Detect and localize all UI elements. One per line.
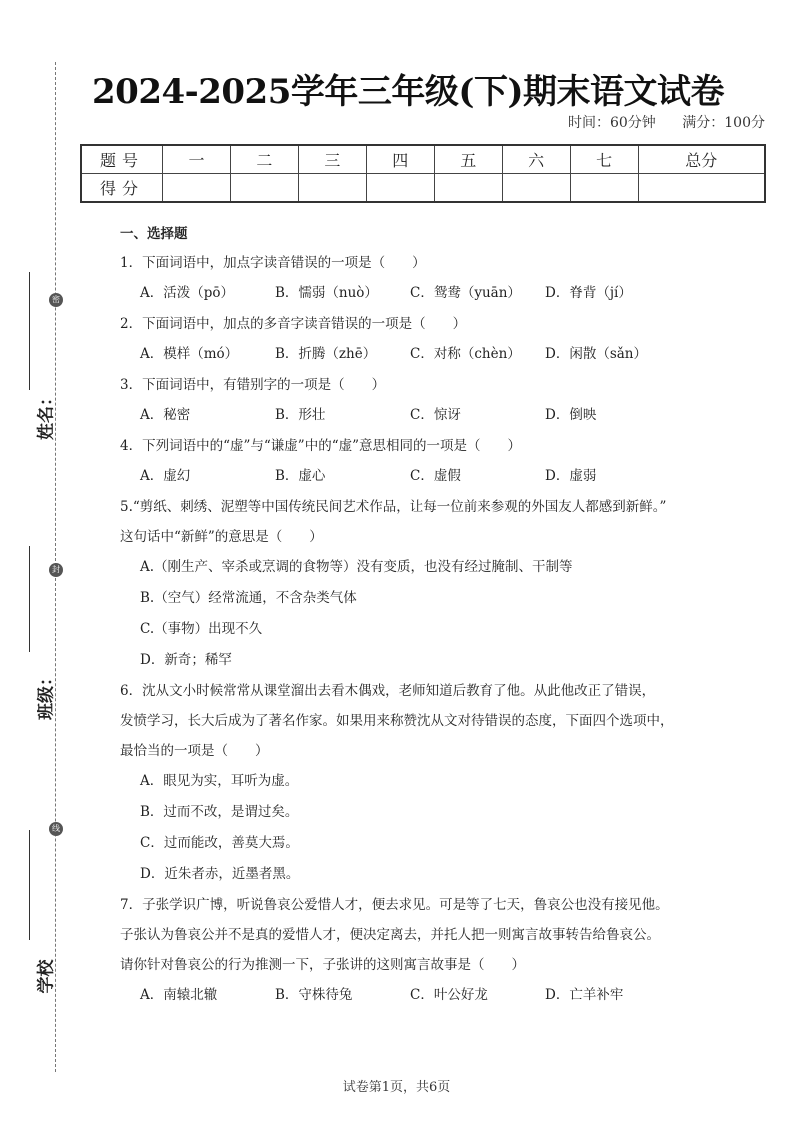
option-b[interactable]: B．虚心 bbox=[275, 461, 410, 492]
option-d[interactable]: D．亡羊补牢 bbox=[545, 980, 680, 1011]
page-footer: 试卷第1页，共6页 bbox=[0, 1076, 793, 1095]
option-c[interactable]: C．对称（chèn） bbox=[410, 339, 545, 370]
score-cell[interactable] bbox=[298, 174, 366, 203]
option-d[interactable]: D．闲散（sǎn） bbox=[545, 339, 680, 370]
question-text: 3．下面词语中，有错别字的一项是（ ） bbox=[120, 370, 680, 400]
question-text-line: 7．子张学识广博，听说鲁哀公爱惜人才，便去求见。可是等了七天，鲁哀公也没有接见他… bbox=[120, 890, 680, 920]
option-d[interactable]: D．脊背（jí） bbox=[545, 278, 680, 309]
section-title: 一、选择题 bbox=[120, 222, 680, 242]
score-cell[interactable] bbox=[230, 174, 298, 203]
question-text-line: 最恰当的一项是（ ） bbox=[120, 736, 680, 766]
score-label-cell: 得分 bbox=[81, 174, 163, 203]
school-field-label: 学校 bbox=[32, 947, 57, 1007]
column-header: 七 bbox=[570, 145, 638, 174]
question-7: 7．子张学识广博，听说鲁哀公爱惜人才，便去求见。可是等了七天，鲁哀公也没有接见他… bbox=[120, 890, 680, 1011]
column-header: 二 bbox=[230, 145, 298, 174]
question-2: 2．下面词语中，加点的多音字读音错误的一项是（ ） A．模样（mó） B．折腾（… bbox=[120, 309, 680, 370]
question-text: 4．下列词语中的“虚”与“谦虚”中的“虚”意思相同的一项是（ ） bbox=[120, 431, 680, 461]
option-b[interactable]: B．形壮 bbox=[275, 400, 410, 431]
option-a[interactable]: A．秘密 bbox=[140, 400, 275, 431]
time-limit: 时间：60分钟 bbox=[568, 115, 656, 131]
score-cell[interactable] bbox=[502, 174, 570, 203]
score-table-header-row: 题号 一 二 三 四 五 六 七 总分 bbox=[81, 145, 765, 174]
option-d[interactable]: D．虚弱 bbox=[545, 461, 680, 492]
option-c[interactable]: C.（事物）出现不久 bbox=[140, 614, 680, 645]
question-6: 6．沈从文小时候常常从课堂溜出去看木偶戏，老师知道后教育了他。从此他改正了错误，… bbox=[120, 676, 680, 890]
question-4: 4．下列词语中的“虚”与“谦虚”中的“虚”意思相同的一项是（ ） A．虚幻 B．… bbox=[120, 431, 680, 492]
option-d[interactable]: D．新奇；稀罕 bbox=[140, 645, 680, 676]
question-3: 3．下面词语中，有错别字的一项是（ ） A．秘密 B．形壮 C．惊讶 D．倒映 bbox=[120, 370, 680, 431]
option-b[interactable]: B．懦弱（nuò） bbox=[275, 278, 410, 309]
question-text-line: 6．沈从文小时候常常从课堂溜出去看木偶戏，老师知道后教育了他。从此他改正了错误， bbox=[120, 676, 680, 706]
column-header: 四 bbox=[366, 145, 434, 174]
exam-title: 2024-2025学年三年级(下)期末语文试卷 bbox=[92, 64, 792, 113]
question-text-line: 5.“剪纸、刺绣、泥塑等中国传统民间艺术作品，让每一位前来参观的外国友人都感到新… bbox=[120, 492, 680, 522]
seal-mi-icon: 密 bbox=[49, 293, 63, 307]
column-header: 六 bbox=[502, 145, 570, 174]
options-column: A．眼见为实，耳听为虚。 B．过而不改，是谓过矣。 C．过而能改，善莫大焉。 D… bbox=[120, 766, 680, 890]
options-row: A．虚幻 B．虚心 C．虚假 D．虚弱 bbox=[120, 461, 680, 492]
question-text: 1．下面词语中，加点字读音错误的一项是（ ） bbox=[120, 248, 680, 278]
score-cell[interactable] bbox=[163, 174, 231, 203]
option-b[interactable]: B．折腾（zhē） bbox=[275, 339, 410, 370]
option-a[interactable]: A．南辕北辙 bbox=[140, 980, 275, 1011]
column-header: 三 bbox=[298, 145, 366, 174]
question-text-line: 请你针对鲁哀公的行为推测一下，子张讲的这则寓言故事是（ ） bbox=[120, 950, 680, 980]
option-a[interactable]: A．虚幻 bbox=[140, 461, 275, 492]
class-field-line[interactable] bbox=[29, 546, 30, 652]
question-text-line: 子张认为鲁哀公并不是真的爱惜人才，便决定离去，并托人把一则寓言故事转告给鲁哀公。 bbox=[120, 920, 680, 950]
option-c[interactable]: C．虚假 bbox=[410, 461, 545, 492]
school-field-line[interactable] bbox=[29, 830, 30, 940]
option-c[interactable]: C．惊讶 bbox=[410, 400, 545, 431]
name-field-line[interactable] bbox=[29, 272, 30, 390]
exam-meta: 时间：60分钟 满分：100分 bbox=[568, 112, 765, 132]
options-column: A.（刚生产、宰杀或烹调的食物等）没有变质，也没有经过腌制、干制等 B.（空气）… bbox=[120, 552, 680, 676]
seal-xian-icon: 线 bbox=[49, 822, 63, 836]
question-text: 2．下面词语中，加点的多音字读音错误的一项是（ ） bbox=[120, 309, 680, 339]
option-b[interactable]: B．守株待兔 bbox=[275, 980, 410, 1011]
score-cell-total[interactable] bbox=[638, 174, 765, 203]
question-text-line: 这句话中“新鲜”的意思是（ ） bbox=[120, 522, 680, 552]
score-cell[interactable] bbox=[366, 174, 434, 203]
option-a[interactable]: A．模样（mó） bbox=[140, 339, 275, 370]
option-c[interactable]: C．过而能改，善莫大焉。 bbox=[140, 828, 680, 859]
full-score: 满分：100分 bbox=[682, 115, 765, 131]
options-row: A．活泼（pō） B．懦弱（nuò） C．鸳鸯（yuān） D．脊背（jí） bbox=[120, 278, 680, 309]
option-b[interactable]: B.（空气）经常流通，不含杂类气体 bbox=[140, 583, 680, 614]
option-d[interactable]: D．倒映 bbox=[545, 400, 680, 431]
column-header: 一 bbox=[163, 145, 231, 174]
class-field-label: 班级： bbox=[32, 665, 57, 725]
options-row: A．南辕北辙 B．守株待兔 C．叶公好龙 D．亡羊补牢 bbox=[120, 980, 680, 1011]
option-c[interactable]: C．鸳鸯（yuān） bbox=[410, 278, 545, 309]
name-field-label: 姓名： bbox=[32, 385, 57, 445]
score-table-score-row: 得分 bbox=[81, 174, 765, 203]
header-label-cell: 题号 bbox=[81, 145, 163, 174]
options-row: A．秘密 B．形壮 C．惊讶 D．倒映 bbox=[120, 400, 680, 431]
seal-feng-icon: 封 bbox=[49, 563, 63, 577]
question-text-line: 发愤学习，长大后成为了著名作家。如果用来称赞沈从文对待错误的态度，下面四个选项中… bbox=[120, 706, 680, 736]
score-cell[interactable] bbox=[570, 174, 638, 203]
question-1: 1．下面词语中，加点字读音错误的一项是（ ） A．活泼（pō） B．懦弱（nuò… bbox=[120, 248, 680, 309]
score-cell[interactable] bbox=[434, 174, 502, 203]
question-section: 一、选择题 1．下面词语中，加点字读音错误的一项是（ ） A．活泼（pō） B．… bbox=[120, 222, 680, 1011]
options-row: A．模样（mó） B．折腾（zhē） C．对称（chèn） D．闲散（sǎn） bbox=[120, 339, 680, 370]
column-header: 五 bbox=[434, 145, 502, 174]
option-a[interactable]: A．眼见为实，耳听为虚。 bbox=[140, 766, 680, 797]
option-a[interactable]: A．活泼（pō） bbox=[140, 278, 275, 309]
question-5: 5.“剪纸、刺绣、泥塑等中国传统民间艺术作品，让每一位前来参观的外国友人都感到新… bbox=[120, 492, 680, 676]
option-d[interactable]: D．近朱者赤，近墨者黑。 bbox=[140, 859, 680, 890]
option-a[interactable]: A.（刚生产、宰杀或烹调的食物等）没有变质，也没有经过腌制、干制等 bbox=[140, 552, 680, 583]
option-c[interactable]: C．叶公好龙 bbox=[410, 980, 545, 1011]
column-header-total: 总分 bbox=[638, 145, 765, 174]
score-table: 题号 一 二 三 四 五 六 七 总分 得分 bbox=[80, 144, 766, 203]
option-b[interactable]: B．过而不改，是谓过矣。 bbox=[140, 797, 680, 828]
